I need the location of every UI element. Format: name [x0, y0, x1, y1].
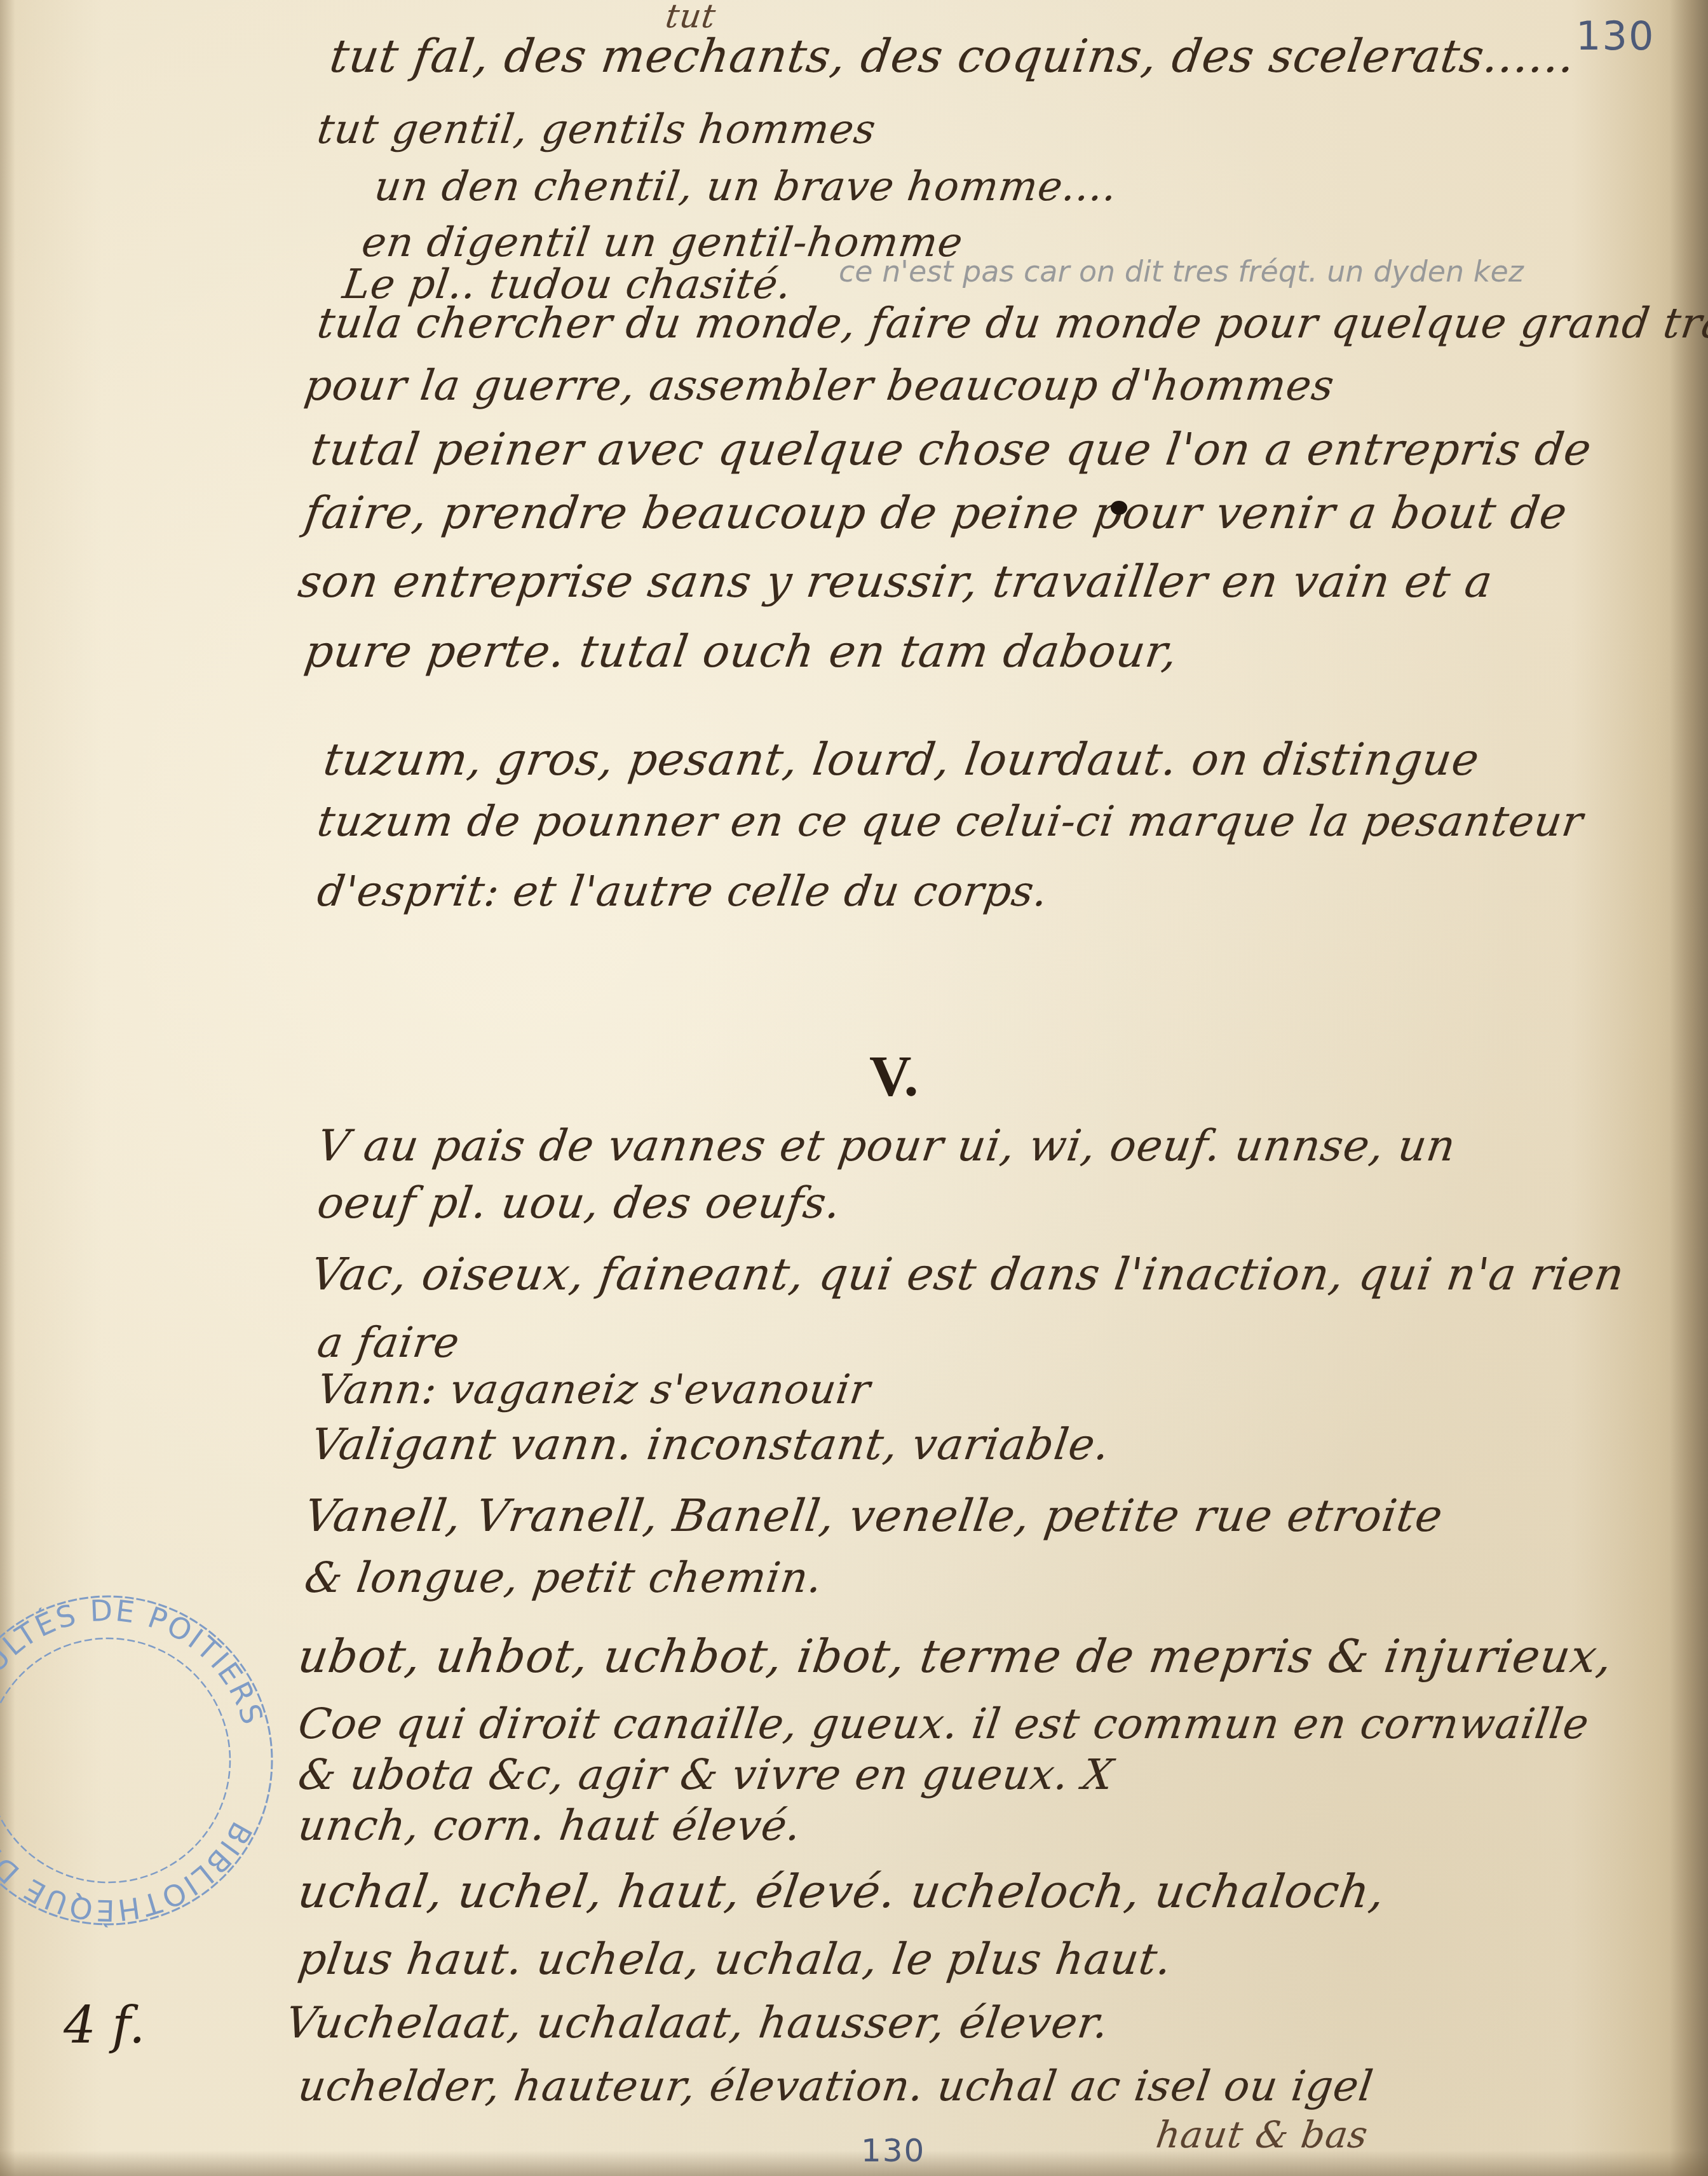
- entry-line: tuzum de pounner en ce que celui-ci marq…: [315, 801, 1585, 843]
- stamp-text-bottom: BIBLIOTHÈQUE DES: [0, 1816, 259, 1928]
- ink-blot: [1111, 501, 1127, 515]
- entry-line: uchal, uchel, haut, élevé. ucheloch, uch…: [295, 1868, 1388, 1914]
- entry-line: Coe qui diroit canaille, gueux. il est c…: [295, 1703, 1592, 1745]
- margin-note: 4 f.: [64, 1996, 146, 2055]
- entry-line: tuzum, gros, pesant, lourd, lourdaut. on…: [321, 737, 1482, 782]
- library-stamp: FACULTÉS DE POITIERS BIBLIOTHÈQUE DES: [0, 1582, 286, 1938]
- entry-line: Vuchelaat, uchalaat, hausser, élever.: [283, 2002, 1111, 2045]
- entry-line: tut gentil, gentils hommes: [315, 109, 879, 150]
- svg-text:BIBLIOTHÈQUE DES: BIBLIOTHÈQUE DES: [0, 1816, 259, 1928]
- entry-line: Vanell, Vranell, Banell, venelle, petite…: [302, 1493, 1446, 1538]
- manuscript-page: 130 130 tut tut fal, des mechants, des c…: [0, 0, 1708, 2176]
- section-heading: V.: [869, 1042, 919, 1110]
- pencil-annotation: ce n'est pas car on dit tres fréqt. un d…: [839, 254, 1524, 289]
- entry-line: son entreprise sans y reussir, travaille…: [295, 559, 1495, 604]
- folio-number-top: 130: [1576, 13, 1655, 59]
- entry-line: plus haut. uchela, uchala, le plus haut.: [295, 1938, 1174, 1982]
- entry-line: Vann: vaganeiz s'evanouir: [315, 1370, 874, 1410]
- entry-line: tutal peiner avec quelque chose que l'on…: [308, 427, 1594, 472]
- entry-line: Vac, oiseux, faineant, qui est dans l'in…: [308, 1252, 1627, 1296]
- svg-text:FACULTÉS DE POITIERS: FACULTÉS DE POITIERS: [0, 1593, 271, 1730]
- entry-line: uchelder, hauteur, élevation. uchal ac i…: [295, 2065, 1376, 2107]
- entry-line: oeuf pl. uou, des oeufs.: [315, 1182, 844, 1225]
- entry-line: & longue, petit chemin.: [302, 1557, 825, 1599]
- entry-line: d'esprit: et l'autre celle du corps.: [315, 871, 1050, 913]
- entry-line: pure perte. tutal ouch en tam dabour,: [302, 629, 1181, 674]
- entry-line: Valigant vann. inconstant, variable.: [308, 1424, 1112, 1467]
- entry-line: haut & bas: [1154, 2116, 1371, 2153]
- superscript-correction: tut: [663, 0, 718, 33]
- entry-line: tula chercher du monde, faire du monde p…: [315, 303, 1708, 344]
- entry-line: tut fal, des mechants, des coquins, des …: [327, 33, 1578, 79]
- entry-line: pour la guerre, assembler beaucoup d'hom…: [302, 365, 1337, 407]
- entry-line: a faire: [315, 1322, 462, 1364]
- entry-line: & ubota &c, agir & vivre en gueux. X: [295, 1754, 1116, 1796]
- stamp-text-top: FACULTÉS DE POITIERS: [0, 1593, 271, 1730]
- entry-line: unch, corn. haut élevé.: [295, 1805, 804, 1847]
- entry-line: faire, prendre beaucoup de peine pour ve…: [302, 491, 1570, 535]
- page-bottom-edge: [0, 2151, 1708, 2176]
- entry-line: un den chentil, un brave homme....: [372, 167, 1120, 207]
- entry-line: ubot, uhbot, uchbot, ibot, terme de mepr…: [295, 1633, 1615, 1679]
- folio-number-bottom: 130: [861, 2132, 925, 2169]
- entry-line: V au pais de vannes et pour ui, wi, oeuf…: [315, 1125, 1458, 1168]
